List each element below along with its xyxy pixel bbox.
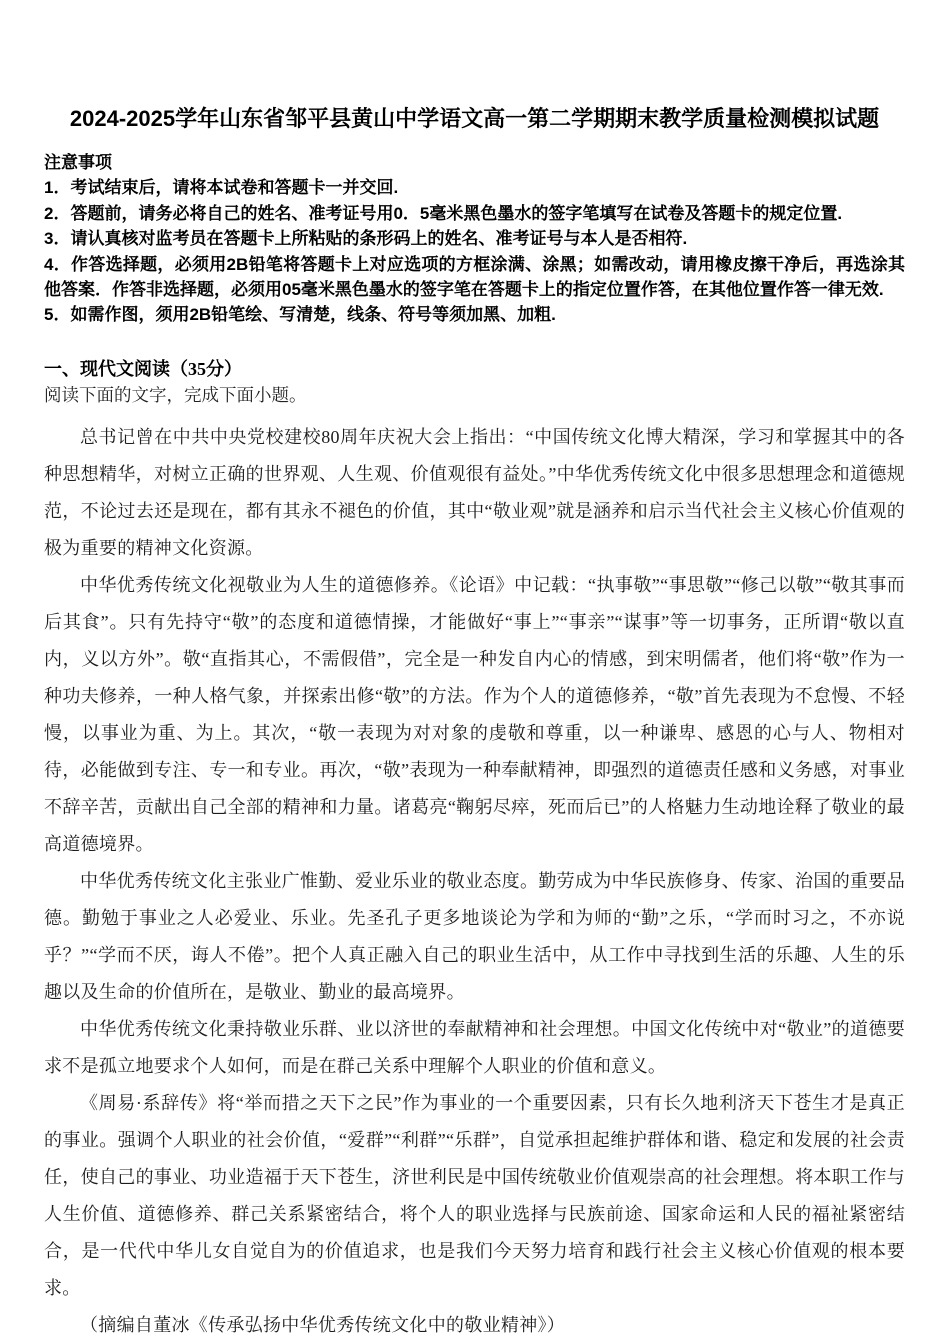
notice-item-1: 1．考试结束后，请将本试卷和答题卡一并交回. [44, 175, 905, 200]
passage-paragraph-5: 《周易·系辞传》将“举而措之天下之民”作为事业的一个重要因素，只有长久地利济天下… [44, 1085, 905, 1307]
notice-item-5: 5．如需作图，须用2B铅笔绘、写清楚，线条、符号等须加黑、加粗. [44, 302, 905, 327]
passage-paragraph-4: 中华优秀传统文化秉持敬业乐群、业以济世的奉献精神和社会理想。中国文化传统中对“敬… [44, 1011, 905, 1085]
notice-item-3: 3．请认真核对监考员在答题卡上所粘贴的条形码上的姓名、准考证号与本人是否相符. [44, 226, 905, 251]
notice-section: 注意事项 1．考试结束后，请将本试卷和答题卡一并交回. 2．答题前，请务必将自己… [44, 150, 905, 328]
passage-paragraph-1: 总书记曾在中共中央党校建校80周年庆祝大会上指出：“中国传统文化博大精深，学习和… [44, 419, 905, 567]
exam-page: 2024-2025学年山东省邹平县黄山中学语文高一第二学期期末教学质量检测模拟试… [0, 0, 950, 1344]
exam-title: 2024-2025学年山东省邹平县黄山中学语文高一第二学期期末教学质量检测模拟试… [44, 104, 905, 134]
reading-passage: 总书记曾在中共中央党校建校80周年庆祝大会上指出：“中国传统文化博大精深，学习和… [44, 419, 905, 1344]
passage-paragraph-3: 中华优秀传统文化主张业广惟勤、爱业乐业的敬业态度。勤劳成为中华民族修身、传家、治… [44, 863, 905, 1011]
notice-item-4: 4．作答选择题，必须用2B铅笔将答题卡上对应选项的方框涂满、涂黑；如需改动，请用… [44, 252, 905, 303]
passage-paragraph-2: 中华优秀传统文化视敬业为人生的道德修养。《论语》中记载：“执事敬”“事思敬”“修… [44, 567, 905, 863]
passage-attribution: （摘编自董冰《传承弘扬中华优秀传统文化中的敬业精神》） [44, 1307, 905, 1344]
reading-instruction: 阅读下面的文字，完成下面小题。 [44, 382, 905, 408]
section-heading-modern-reading: 一、现代文阅读（35分） [44, 356, 905, 382]
notice-heading: 注意事项 [44, 150, 905, 175]
notice-item-2: 2．答题前，请务必将自己的姓名、准考证号用0．5毫米黑色墨水的签字笔填写在试卷及… [44, 201, 905, 226]
